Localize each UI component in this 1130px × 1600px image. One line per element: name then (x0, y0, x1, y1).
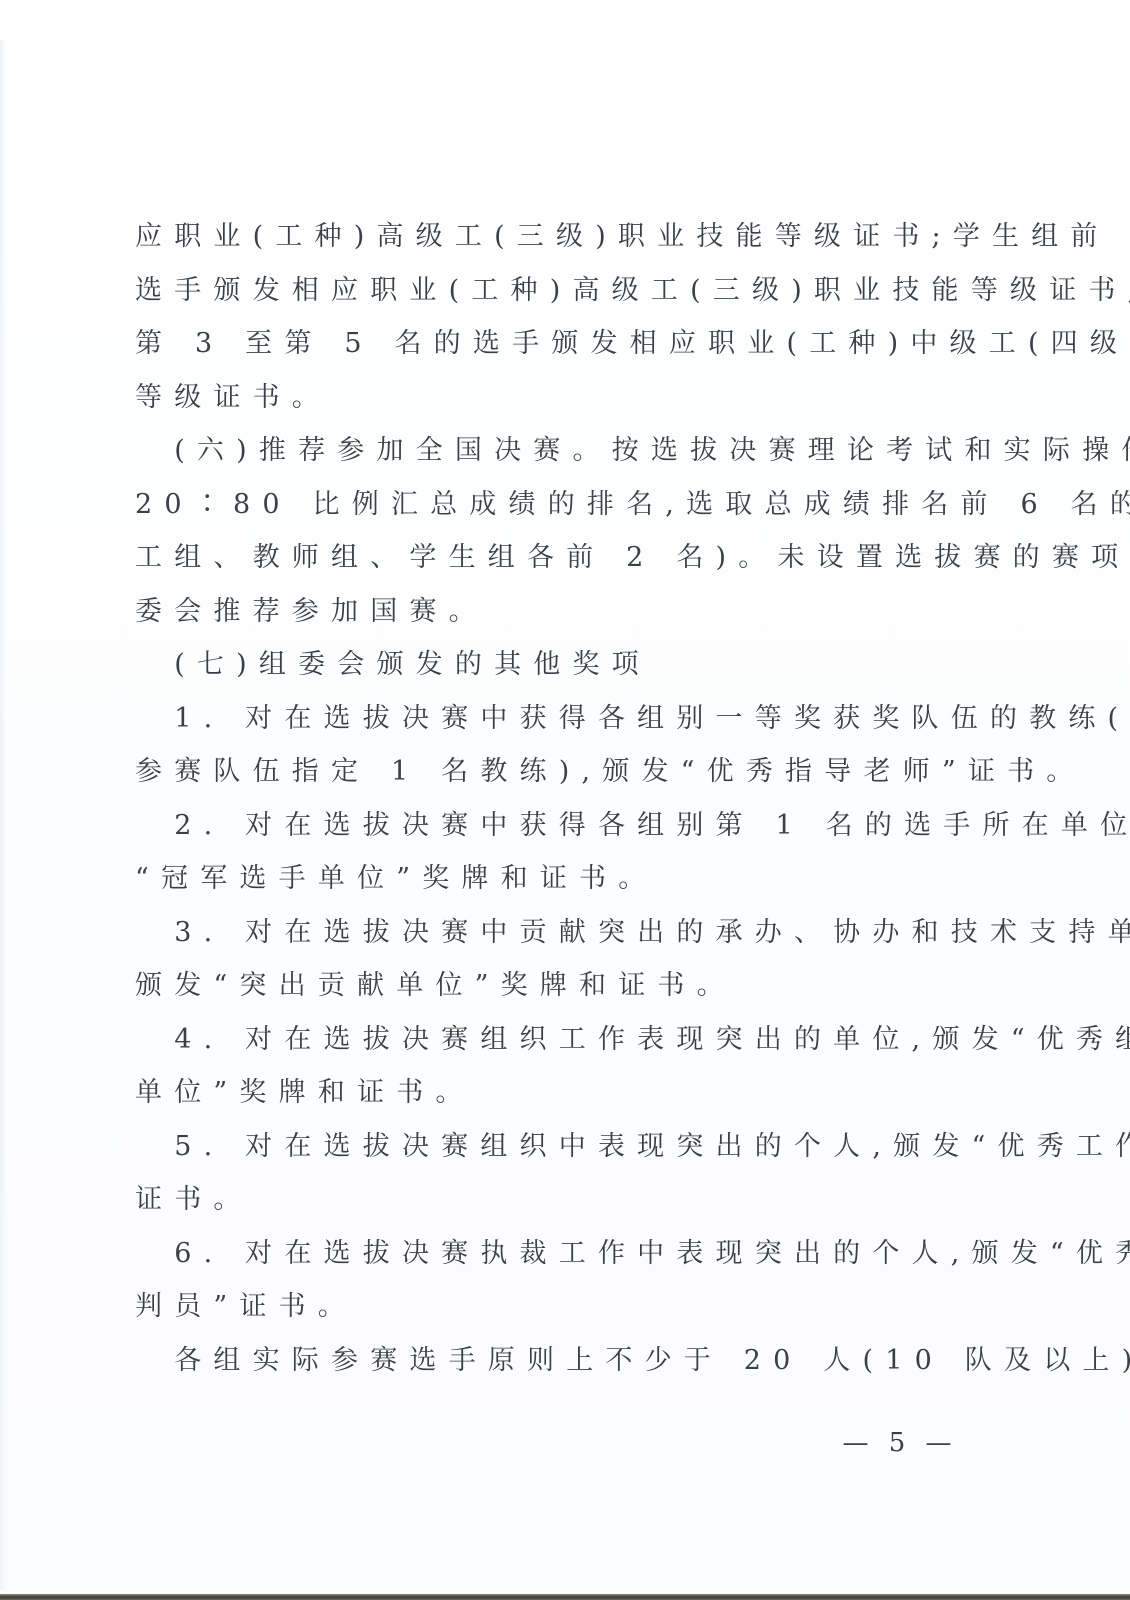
list-item-1: 1. 对在选拔决赛中获得各组别一等奖获奖队伍的教练(每支 (135, 692, 965, 746)
scan-bottom-edge (0, 1594, 1130, 1600)
text-line: 判员”证书。 (135, 1280, 965, 1334)
text-line: 应职业(工种)高级工(三级)职业技能等级证书;学生组前 2 名的 (135, 210, 965, 264)
section-heading-six: (六)推荐参加全国决赛。按选拔决赛理论考试和实际操作 (135, 424, 965, 478)
scanned-page: 应职业(工种)高级工(三级)职业技能等级证书;学生组前 2 名的 选手颁发相应职… (0, 0, 1130, 1600)
list-item-6: 6. 对在选拔决赛执裁工作中表现突出的个人,颁发“优秀裁 (135, 1227, 965, 1281)
closing-paragraph: 各组实际参赛选手原则上不少于 20 人(10 队及以上)。若参 (135, 1334, 965, 1388)
text-line: 工组、教师组、学生组各前 2 名)。未设置选拔赛的赛项由大赛组 (135, 531, 965, 585)
text-line: 选手颁发相应职业(工种)高级工(三级)职业技能等级证书,排名 (135, 264, 965, 318)
text-line: 第 3 至第 5 名的选手颁发相应职业(工种)中级工(四级)职业技能 (135, 317, 965, 371)
text-line: 参赛队伍指定 1 名教练),颁发“优秀指导老师”证书。 (135, 745, 965, 799)
list-item-5: 5. 对在选拔决赛组织中表现突出的个人,颁发“优秀工作者” (135, 1120, 965, 1174)
document-body: 应职业(工种)高级工(三级)职业技能等级证书;学生组前 2 名的 选手颁发相应职… (135, 210, 965, 1387)
scan-edge-shadow (0, 40, 6, 1590)
text-line: 委会推荐参加国赛。 (135, 585, 965, 639)
text-line: 单位”奖牌和证书。 (135, 1066, 965, 1120)
text-line: 20∶80 比例汇总成绩的排名,选取总成绩排名前 6 名的选手(职 (135, 478, 965, 532)
list-item-4: 4. 对在选拔决赛组织工作表现突出的单位,颁发“优秀组织 (135, 1013, 965, 1067)
text-line: “冠军选手单位”奖牌和证书。 (135, 852, 965, 906)
section-heading-seven: (七)组委会颁发的其他奖项 (135, 638, 965, 692)
list-item-2: 2. 对在选拔决赛中获得各组别第 1 名的选手所在单位,颁发 (135, 799, 965, 853)
list-item-3: 3. 对在选拔决赛中贡献突出的承办、协办和技术支持单位, (135, 906, 965, 960)
text-line: 颁发“突出贡献单位”奖牌和证书。 (135, 959, 965, 1013)
page-number: — 5 — (840, 1428, 960, 1458)
text-line: 等级证书。 (135, 371, 965, 425)
text-line: 证书。 (135, 1173, 965, 1227)
